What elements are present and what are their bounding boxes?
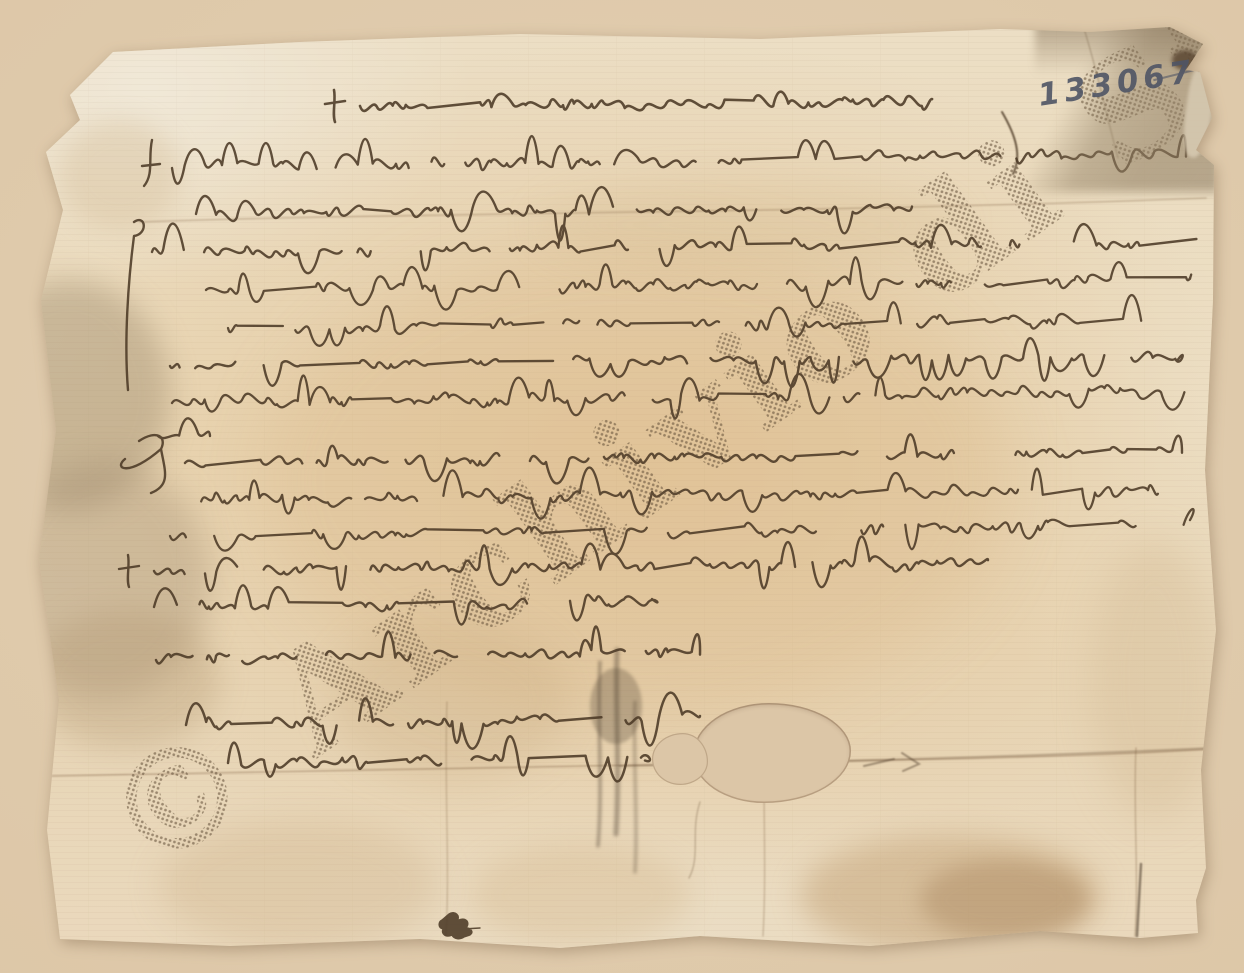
paper-hole-lobe bbox=[652, 733, 708, 785]
manuscript-page: © Archivio di Stato Prato 133067 bbox=[0, 0, 1244, 973]
scan-background: © Archivio di Stato Prato 133067 bbox=[0, 0, 1244, 973]
paper-shadow-wrap: © Archivio di Stato Prato 133067 bbox=[0, 0, 1244, 973]
